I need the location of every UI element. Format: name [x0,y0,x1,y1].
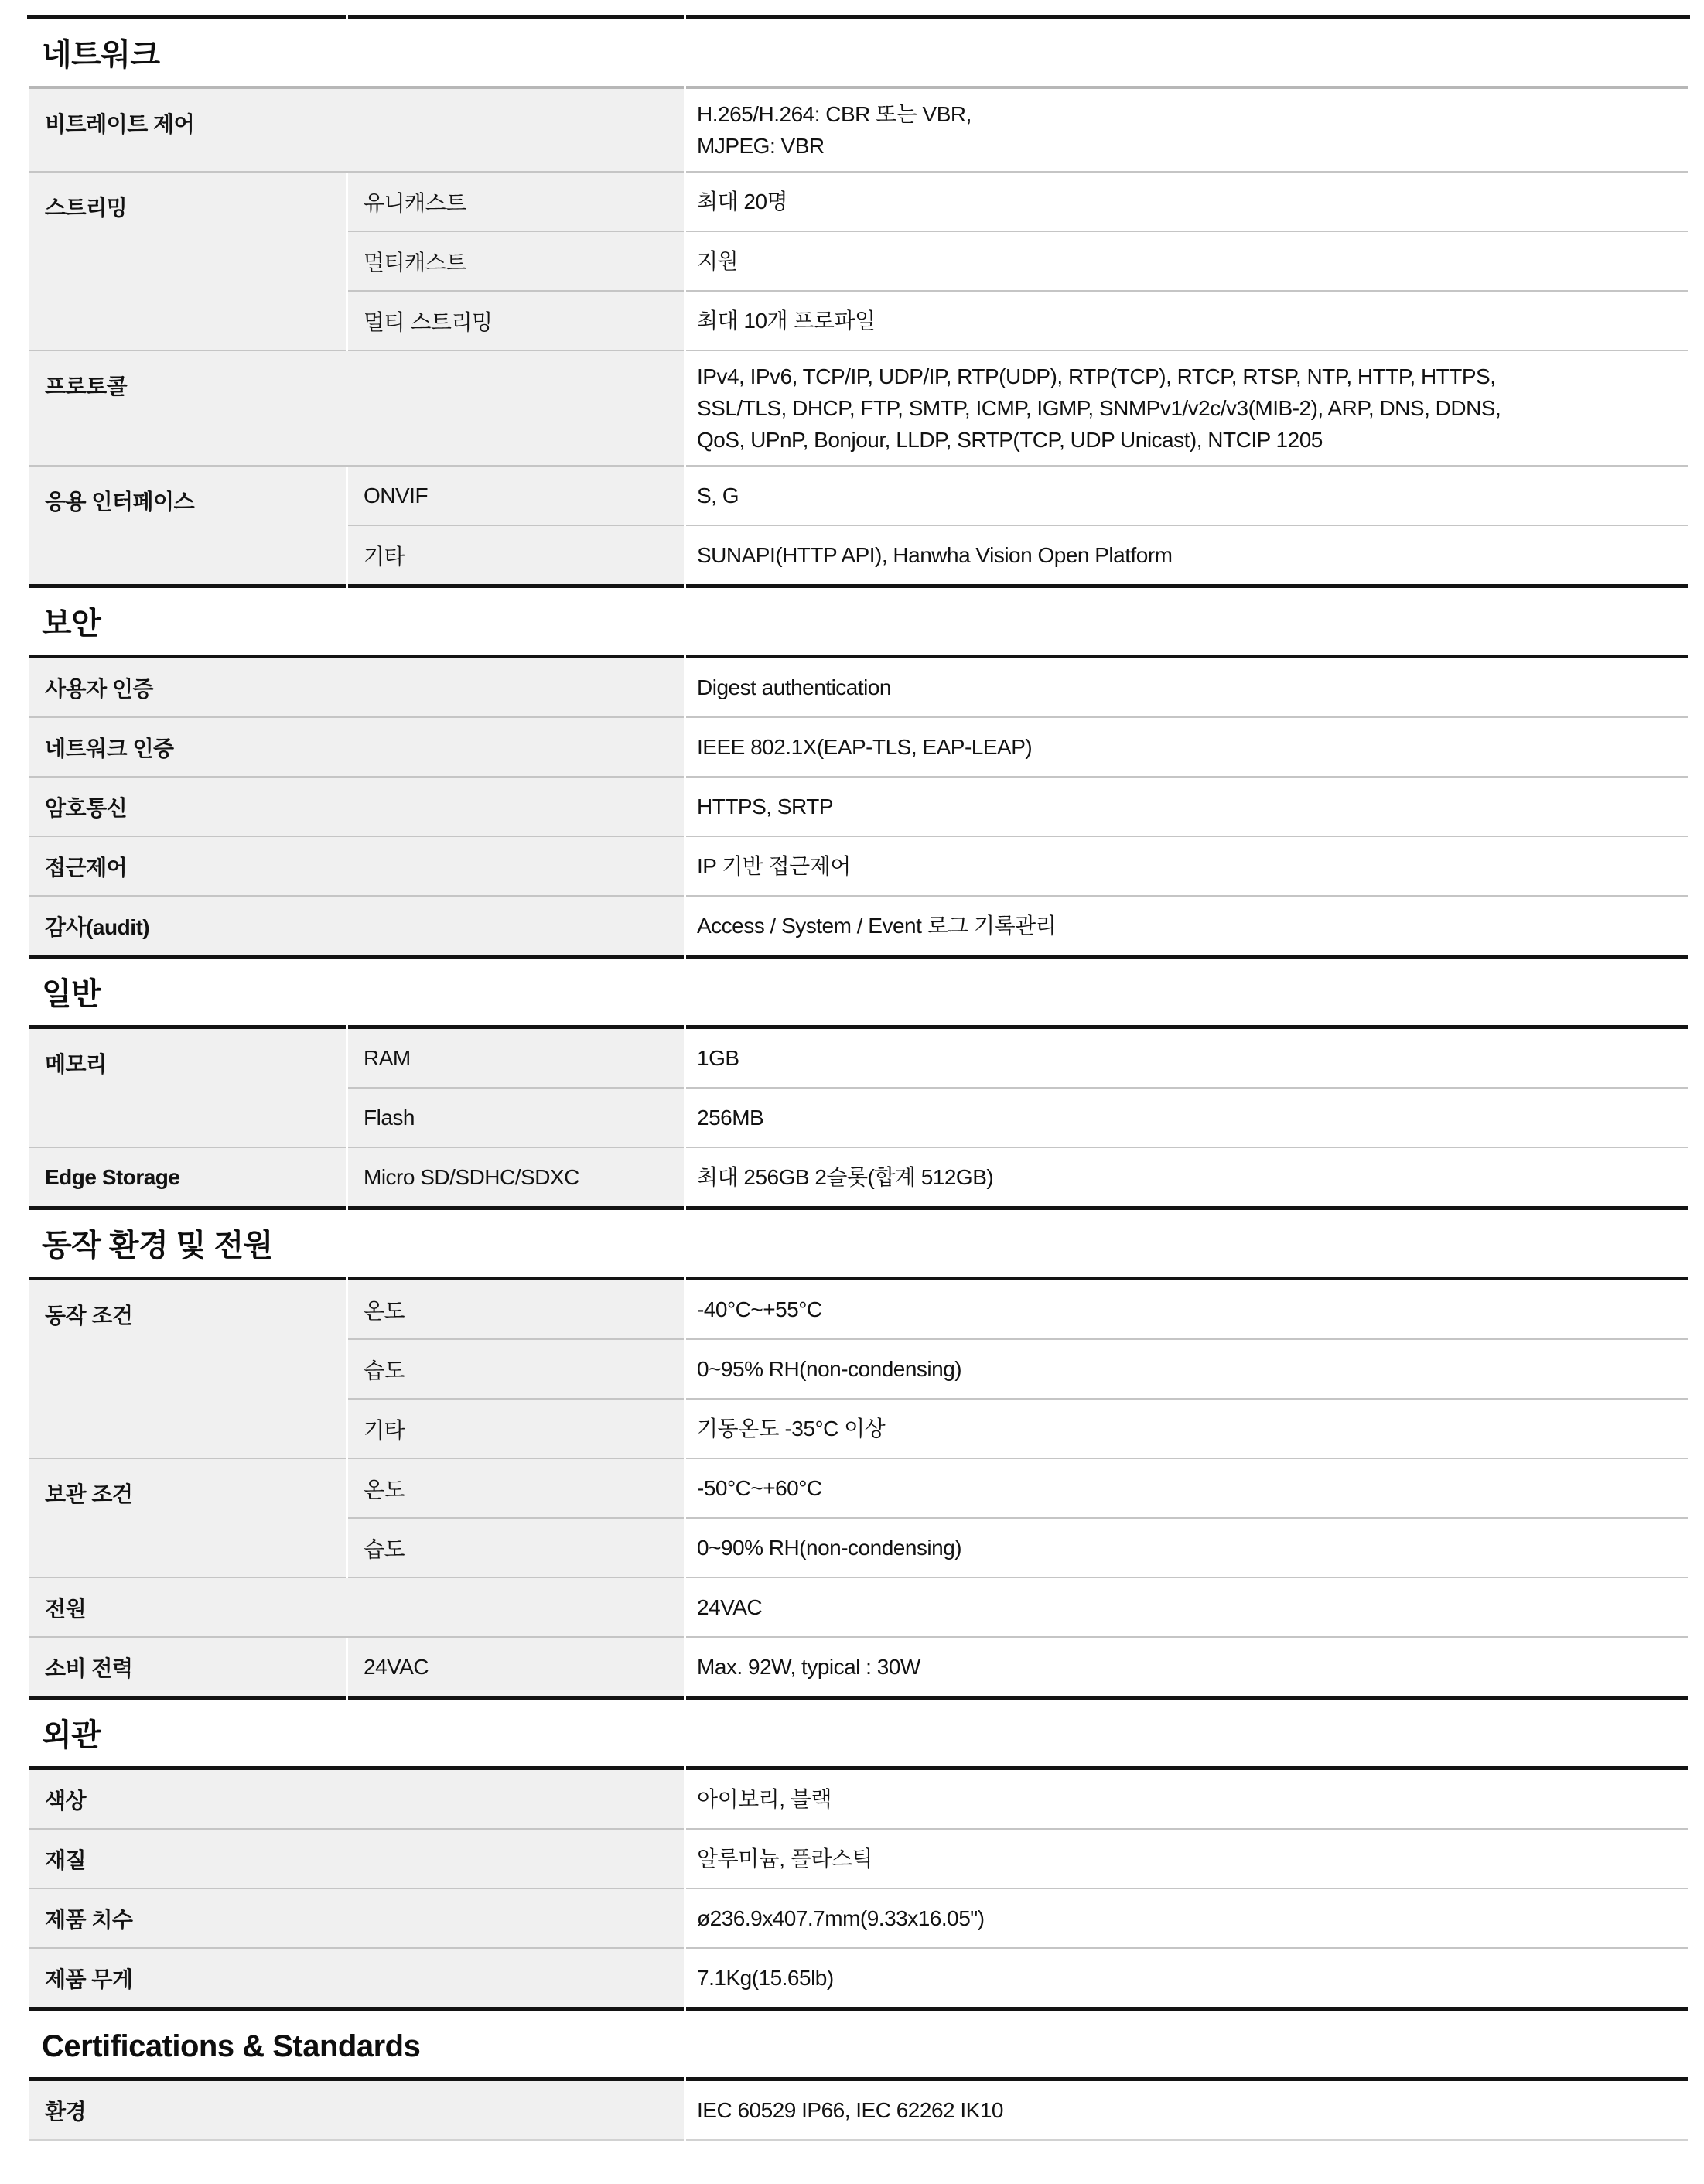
spec-value-line: 지원 [697,245,1688,277]
spec-value-line: IP 기반 접근제어 [697,850,1688,882]
spec-label: 암호통신 [29,778,684,837]
spec-value-line: MJPEG: VBR [697,130,1688,162]
spec-value: 최대 20명 [686,173,1688,232]
spec-label: 사용자 인증 [29,655,684,718]
spec-label: 색상 [29,1766,684,1830]
spec-value: 24VAC [686,1578,1688,1638]
spec-sublabel: 온도 [348,1459,684,1519]
spec-label: 비트레이트 제어 [29,86,684,173]
spec-value: IPv4, IPv6, TCP/IP, UDP/IP, RTP(UDP), RT… [686,351,1688,467]
section-title-security: 보안 [27,604,1690,643]
spec-label: 환경 [29,2077,684,2141]
section-title-appearance: 외관 [27,1716,1690,1755]
spec-label: 네트워크 인증 [29,718,684,778]
spec-value: SUNAPI(HTTP API), Hanwha Vision Open Pla… [686,526,1688,588]
spec-value-line: 0~95% RH(non-condensing) [697,1353,1688,1385]
spec-sublabel: 기타 [348,526,684,588]
spec-value-line: 최대 10개 프로파일 [697,305,1688,337]
previous-table-bottom-border [27,15,1690,19]
section-title-certifications-standards: Certifications & Standards [27,2027,1690,2066]
table-row: 제품 치수ø236.9x407.7mm(9.33x16.05") [29,1889,1688,1949]
table-row: 동작 조건온도-40°C~+55°C [29,1277,1688,1340]
spec-sublabel: 습도 [348,1519,684,1578]
spec-sublabel: RAM [348,1025,684,1089]
table-row: 사용자 인증Digest authentication [29,655,1688,718]
table-row: 프로토콜IPv4, IPv6, TCP/IP, UDP/IP, RTP(UDP)… [29,351,1688,467]
spec-sublabel: 멀티캐스트 [348,232,684,292]
spec-value-line: IPv4, IPv6, TCP/IP, UDP/IP, RTP(UDP), RT… [697,361,1688,392]
spec-value: HTTPS, SRTP [686,778,1688,837]
table-row: 감사(audit)Access / System / Event 로그 기록관리 [29,897,1688,959]
spec-value: 7.1Kg(15.65lb) [686,1949,1688,2011]
spec-value-line: IEC 60529 IP66, IEC 62262 IK10 [697,2094,1688,2126]
spec-sheet: 네트워크비트레이트 제어H.265/H.264: CBR 또는 VBR,MJPE… [27,15,1690,2141]
table-row: 제품 무게7.1Kg(15.65lb) [29,1949,1688,2011]
spec-label: 소비 전력 [29,1638,346,1700]
spec-value-line: Access / System / Event 로그 기록관리 [697,910,1688,942]
spec-sublabel: 유니캐스트 [348,173,684,232]
spec-value: ø236.9x407.7mm(9.33x16.05") [686,1889,1688,1949]
table-row: 암호통신HTTPS, SRTP [29,778,1688,837]
spec-value-line: 아이보리, 블랙 [697,1783,1688,1815]
spec-value-line: H.265/H.264: CBR 또는 VBR, [697,98,1688,130]
spec-value: 1GB [686,1025,1688,1089]
section-title-network: 네트워크 [27,36,1690,74]
table-row: 재질알루미늄, 플라스틱 [29,1830,1688,1889]
spec-label: 재질 [29,1830,684,1889]
table-row: 전원24VAC [29,1578,1688,1638]
spec-value-line: SSL/TLS, DHCP, FTP, SMTP, ICMP, IGMP, SN… [697,392,1688,424]
border-segment [686,15,1690,19]
spec-value-line: ø236.9x407.7mm(9.33x16.05") [697,1902,1688,1934]
spec-value-line: 7.1Kg(15.65lb) [697,1962,1688,1994]
spec-value-line: HTTPS, SRTP [697,791,1688,822]
spec-value: IEC 60529 IP66, IEC 62262 IK10 [686,2077,1688,2141]
table-row: 비트레이트 제어H.265/H.264: CBR 또는 VBR,MJPEG: V… [29,86,1688,173]
spec-table-appearance: 색상아이보리, 블랙재질알루미늄, 플라스틱제품 치수ø236.9x407.7m… [27,1766,1690,2011]
spec-value-line: Max. 92W, typical : 30W [697,1651,1688,1683]
table-row: 응용 인터페이스ONVIFS, G [29,467,1688,526]
spec-value: H.265/H.264: CBR 또는 VBR,MJPEG: VBR [686,86,1688,173]
section-title-operating-environment-power: 동작 환경 및 전원 [27,1226,1690,1265]
spec-sublabel: 온도 [348,1277,684,1340]
spec-label: 감사(audit) [29,897,684,959]
spec-value: 0~90% RH(non-condensing) [686,1519,1688,1578]
spec-table-operating-environment-power: 동작 조건온도-40°C~+55°C습도0~95% RH(non-condens… [27,1277,1690,1700]
spec-label: 전원 [29,1578,684,1638]
spec-label: 보관 조건 [29,1459,346,1578]
spec-label: 제품 무게 [29,1949,684,2011]
spec-value: -50°C~+60°C [686,1459,1688,1519]
spec-label: 프로토콜 [29,351,684,467]
border-segment [348,15,684,19]
spec-value: 알루미늄, 플라스틱 [686,1830,1688,1889]
spec-sublabel: 멀티 스트리밍 [348,292,684,351]
spec-value: IP 기반 접근제어 [686,837,1688,897]
spec-table-general: 메모리RAM1GBFlash256MBEdge StorageMicro SD/… [27,1025,1690,1210]
spec-label: 스트리밍 [29,173,346,351]
spec-value-line: 24VAC [697,1591,1688,1623]
spec-value-line: 최대 256GB 2슬롯(합계 512GB) [697,1161,1688,1193]
spec-sublabel: ONVIF [348,467,684,526]
spec-value-line: 기동온도 -35°C 이상 [697,1413,1688,1444]
spec-value: -40°C~+55°C [686,1277,1688,1340]
table-row: 색상아이보리, 블랙 [29,1766,1688,1830]
spec-table-certifications-standards: 환경IEC 60529 IP66, IEC 62262 IK10 [27,2077,1690,2141]
spec-value: 아이보리, 블랙 [686,1766,1688,1830]
spec-value: 256MB [686,1089,1688,1148]
table-row: Edge StorageMicro SD/SDHC/SDXC최대 256GB 2… [29,1148,1688,1210]
spec-sublabel: 습도 [348,1340,684,1400]
spec-label: 접근제어 [29,837,684,897]
spec-value-line: -40°C~+55°C [697,1294,1688,1325]
spec-value-line: Digest authentication [697,672,1688,703]
spec-label: 동작 조건 [29,1277,346,1459]
spec-value: 최대 10개 프로파일 [686,292,1688,351]
spec-value-line: S, G [697,480,1688,511]
spec-value-line: 256MB [697,1102,1688,1133]
spec-sublabel: Flash [348,1089,684,1148]
table-row: 보관 조건온도-50°C~+60°C [29,1459,1688,1519]
spec-label: Edge Storage [29,1148,346,1210]
table-row: 메모리RAM1GB [29,1025,1688,1089]
spec-value-line: 0~90% RH(non-condensing) [697,1532,1688,1564]
spec-value: Access / System / Event 로그 기록관리 [686,897,1688,959]
spec-sublabel: 24VAC [348,1638,684,1700]
spec-value-line: IEEE 802.1X(EAP-TLS, EAP-LEAP) [697,731,1688,763]
section-title-general: 일반 [27,975,1690,1013]
spec-label: 메모리 [29,1025,346,1148]
spec-value-line: QoS, UPnP, Bonjour, LLDP, SRTP(TCP, UDP … [697,424,1688,456]
table-row: 스트리밍유니캐스트최대 20명 [29,173,1688,232]
sections-root: 네트워크비트레이트 제어H.265/H.264: CBR 또는 VBR,MJPE… [27,36,1690,2141]
spec-value: IEEE 802.1X(EAP-TLS, EAP-LEAP) [686,718,1688,778]
spec-value-line: 알루미늄, 플라스틱 [697,1843,1688,1875]
spec-label: 제품 치수 [29,1889,684,1949]
spec-value-line: 최대 20명 [697,186,1688,217]
table-row: 네트워크 인증IEEE 802.1X(EAP-TLS, EAP-LEAP) [29,718,1688,778]
spec-value: 지원 [686,232,1688,292]
spec-sublabel: 기타 [348,1400,684,1459]
spec-table-security: 사용자 인증Digest authentication네트워크 인증IEEE 8… [27,655,1690,959]
border-segment [27,15,346,19]
spec-value: 최대 256GB 2슬롯(합계 512GB) [686,1148,1688,1210]
table-row: 소비 전력24VACMax. 92W, typical : 30W [29,1638,1688,1700]
table-row: 접근제어IP 기반 접근제어 [29,837,1688,897]
spec-label: 응용 인터페이스 [29,467,346,588]
spec-value: Max. 92W, typical : 30W [686,1638,1688,1700]
spec-value-line: -50°C~+60°C [697,1472,1688,1504]
spec-table-network: 비트레이트 제어H.265/H.264: CBR 또는 VBR,MJPEG: V… [27,86,1690,588]
spec-value: Digest authentication [686,655,1688,718]
table-row: 환경IEC 60529 IP66, IEC 62262 IK10 [29,2077,1688,2141]
spec-value-line: SUNAPI(HTTP API), Hanwha Vision Open Pla… [697,539,1688,571]
spec-value: S, G [686,467,1688,526]
spec-value: 기동온도 -35°C 이상 [686,1400,1688,1459]
spec-value-line: 1GB [697,1042,1688,1074]
spec-value: 0~95% RH(non-condensing) [686,1340,1688,1400]
spec-sublabel: Micro SD/SDHC/SDXC [348,1148,684,1210]
